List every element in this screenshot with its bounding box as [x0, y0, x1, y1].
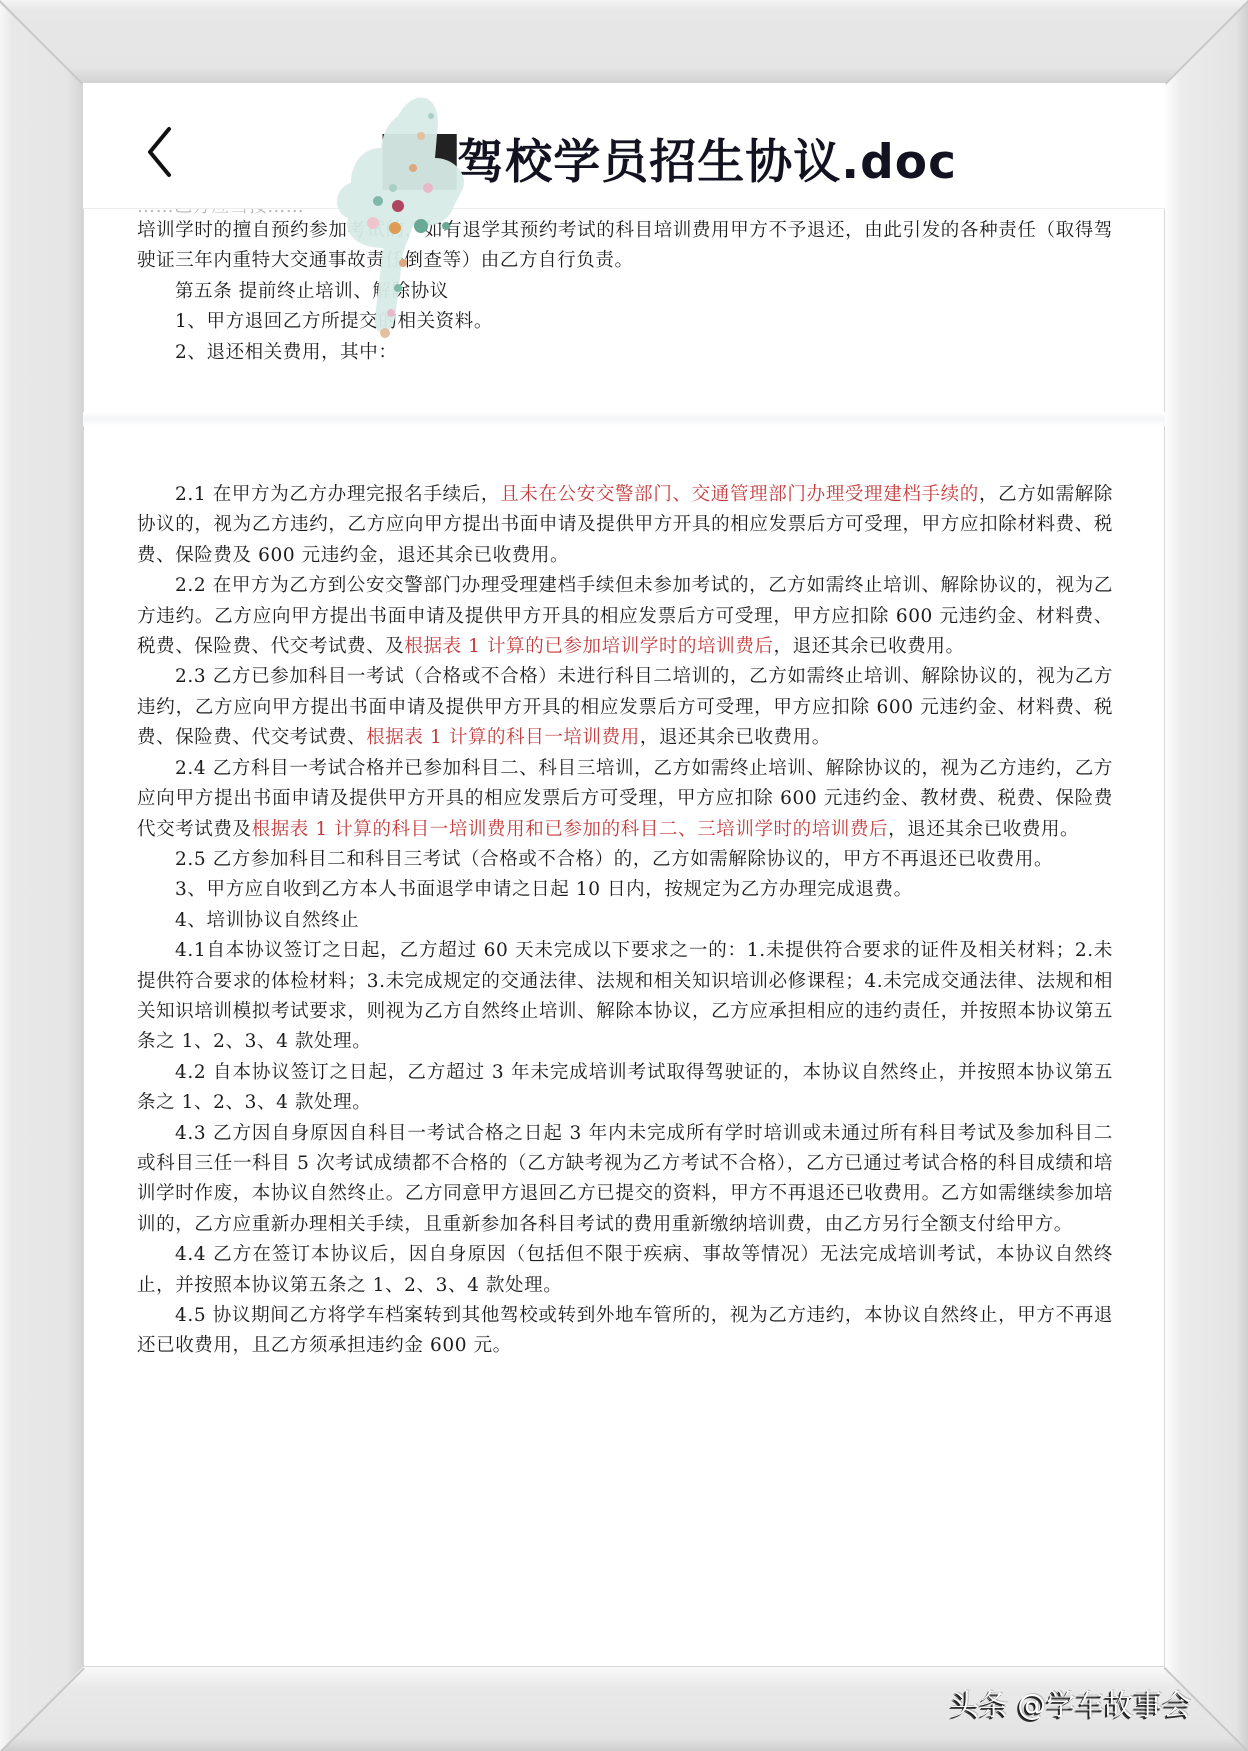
paragraph: 培训学时的擅自预约参加考试的，如有退学其预约考试的科目培训费用甲方不予退还，由此… — [137, 216, 1113, 277]
frame-bevel-right — [1165, 0, 1248, 1751]
clause-2-1: 2.1 在甲方为乙方办理完报名手续后，且未在公安交警部门、交通管理部门办理受理建… — [137, 480, 1113, 571]
clause-2-3: 2.3 乙方已参加科目一考试（合格或不合格）未进行科目二培训的，乙方如需终止培训… — [137, 662, 1113, 753]
title-text: 驾校学员招生协议.doc — [457, 135, 957, 190]
clause-3: 3、甲方应自收到乙方本人书面退学申请之日起 10 日内，按规定为乙方办理完成退费… — [137, 875, 1113, 905]
clause-text: ，退还其余已收费用。 — [888, 819, 1079, 840]
clause-2-5: 2.5 乙方参加科目二和科目三考试（合格或不合格）的，乙方如需解除协议的，甲方不… — [137, 845, 1113, 875]
frame-bevel-top — [0, 0, 1248, 83]
title-redacted-prefix: ██ — [383, 135, 457, 190]
chevron-left-icon[interactable] — [145, 125, 175, 179]
clause-4-5: 4.5 协议期间乙方将学车档案转到其他驾校或转到外地车管所的，视为乙方违约，本协… — [137, 1301, 1113, 1362]
paragraph: 2、退还相关费用，其中： — [137, 338, 1113, 368]
highlighted-text: 且未在公安交警部门、交通管理部门办理受理建档手续的 — [500, 484, 979, 505]
clause-text: 2.1 在甲方为乙方办理完报名手续后， — [175, 484, 500, 505]
clause-4-4: 4.4 乙方在签订本协议后，因自身原因（包括但不限于疾病、事故等情况）无法完成培… — [137, 1240, 1113, 1301]
highlighted-text: 根据表 1 计算的科目一培训费用和已参加的科目二、三培训学时的培训费后 — [252, 819, 889, 840]
source-watermark: 头条 @学车故事会 — [950, 1683, 1191, 1724]
frame-bevel-left — [0, 0, 83, 1751]
highlighted-text: 根据表 1 计算的科目一培训费用 — [366, 727, 640, 748]
page-break — [83, 368, 1165, 480]
highlighted-text: 根据表 1 计算的已参加培训学时的培训费后 — [404, 636, 773, 657]
clause-2-4: 2.4 乙方科目一考试合格并已参加科目二、科目三培训，乙方如需终止培训、解除协议… — [137, 754, 1113, 845]
clause-2-2: 2.2 在甲方为乙方到公安交警部门办理受理建档手续但未参加考试的，乙方如需终止培… — [137, 571, 1113, 662]
clause-text: ，退还其余已收费用。 — [640, 727, 831, 748]
document-viewer: ██驾校学员招生协议.doc ……乙方应当按…… 培训学时的擅自预约参加考试的，… — [83, 83, 1165, 1667]
clause-4-3: 4.3 乙方因自身原因自科目一考试合格之日起 3 年内未完成所有学时培训或未通过… — [137, 1119, 1113, 1241]
clause-text: ，退还其余已收费用。 — [774, 636, 965, 657]
paragraph: 1、甲方退回乙方所提交的相关资料。 — [137, 307, 1113, 337]
section-heading-article-5: 第五条 提前终止培训、解除协议 — [137, 277, 1113, 307]
clause-4-heading: 4、培训协议自然终止 — [137, 906, 1113, 936]
viewer-header: ██驾校学员招生协议.doc — [83, 83, 1165, 209]
clause-4-2: 4.2 自本协议签订之日起，乙方超过 3 年未完成培训考试取得驾驶证的，本协议自… — [137, 1058, 1113, 1119]
clause-4-1: 4.1自本协议签订之日起，乙方超过 60 天未完成以下要求之一的：1.未提供符合… — [137, 936, 1113, 1058]
document-title: ██驾校学员招生协议.doc — [383, 125, 957, 192]
document-body: ……乙方应当按…… 培训学时的擅自预约参加考试的，如有退学其预约考试的科目培训费… — [137, 198, 1113, 1362]
